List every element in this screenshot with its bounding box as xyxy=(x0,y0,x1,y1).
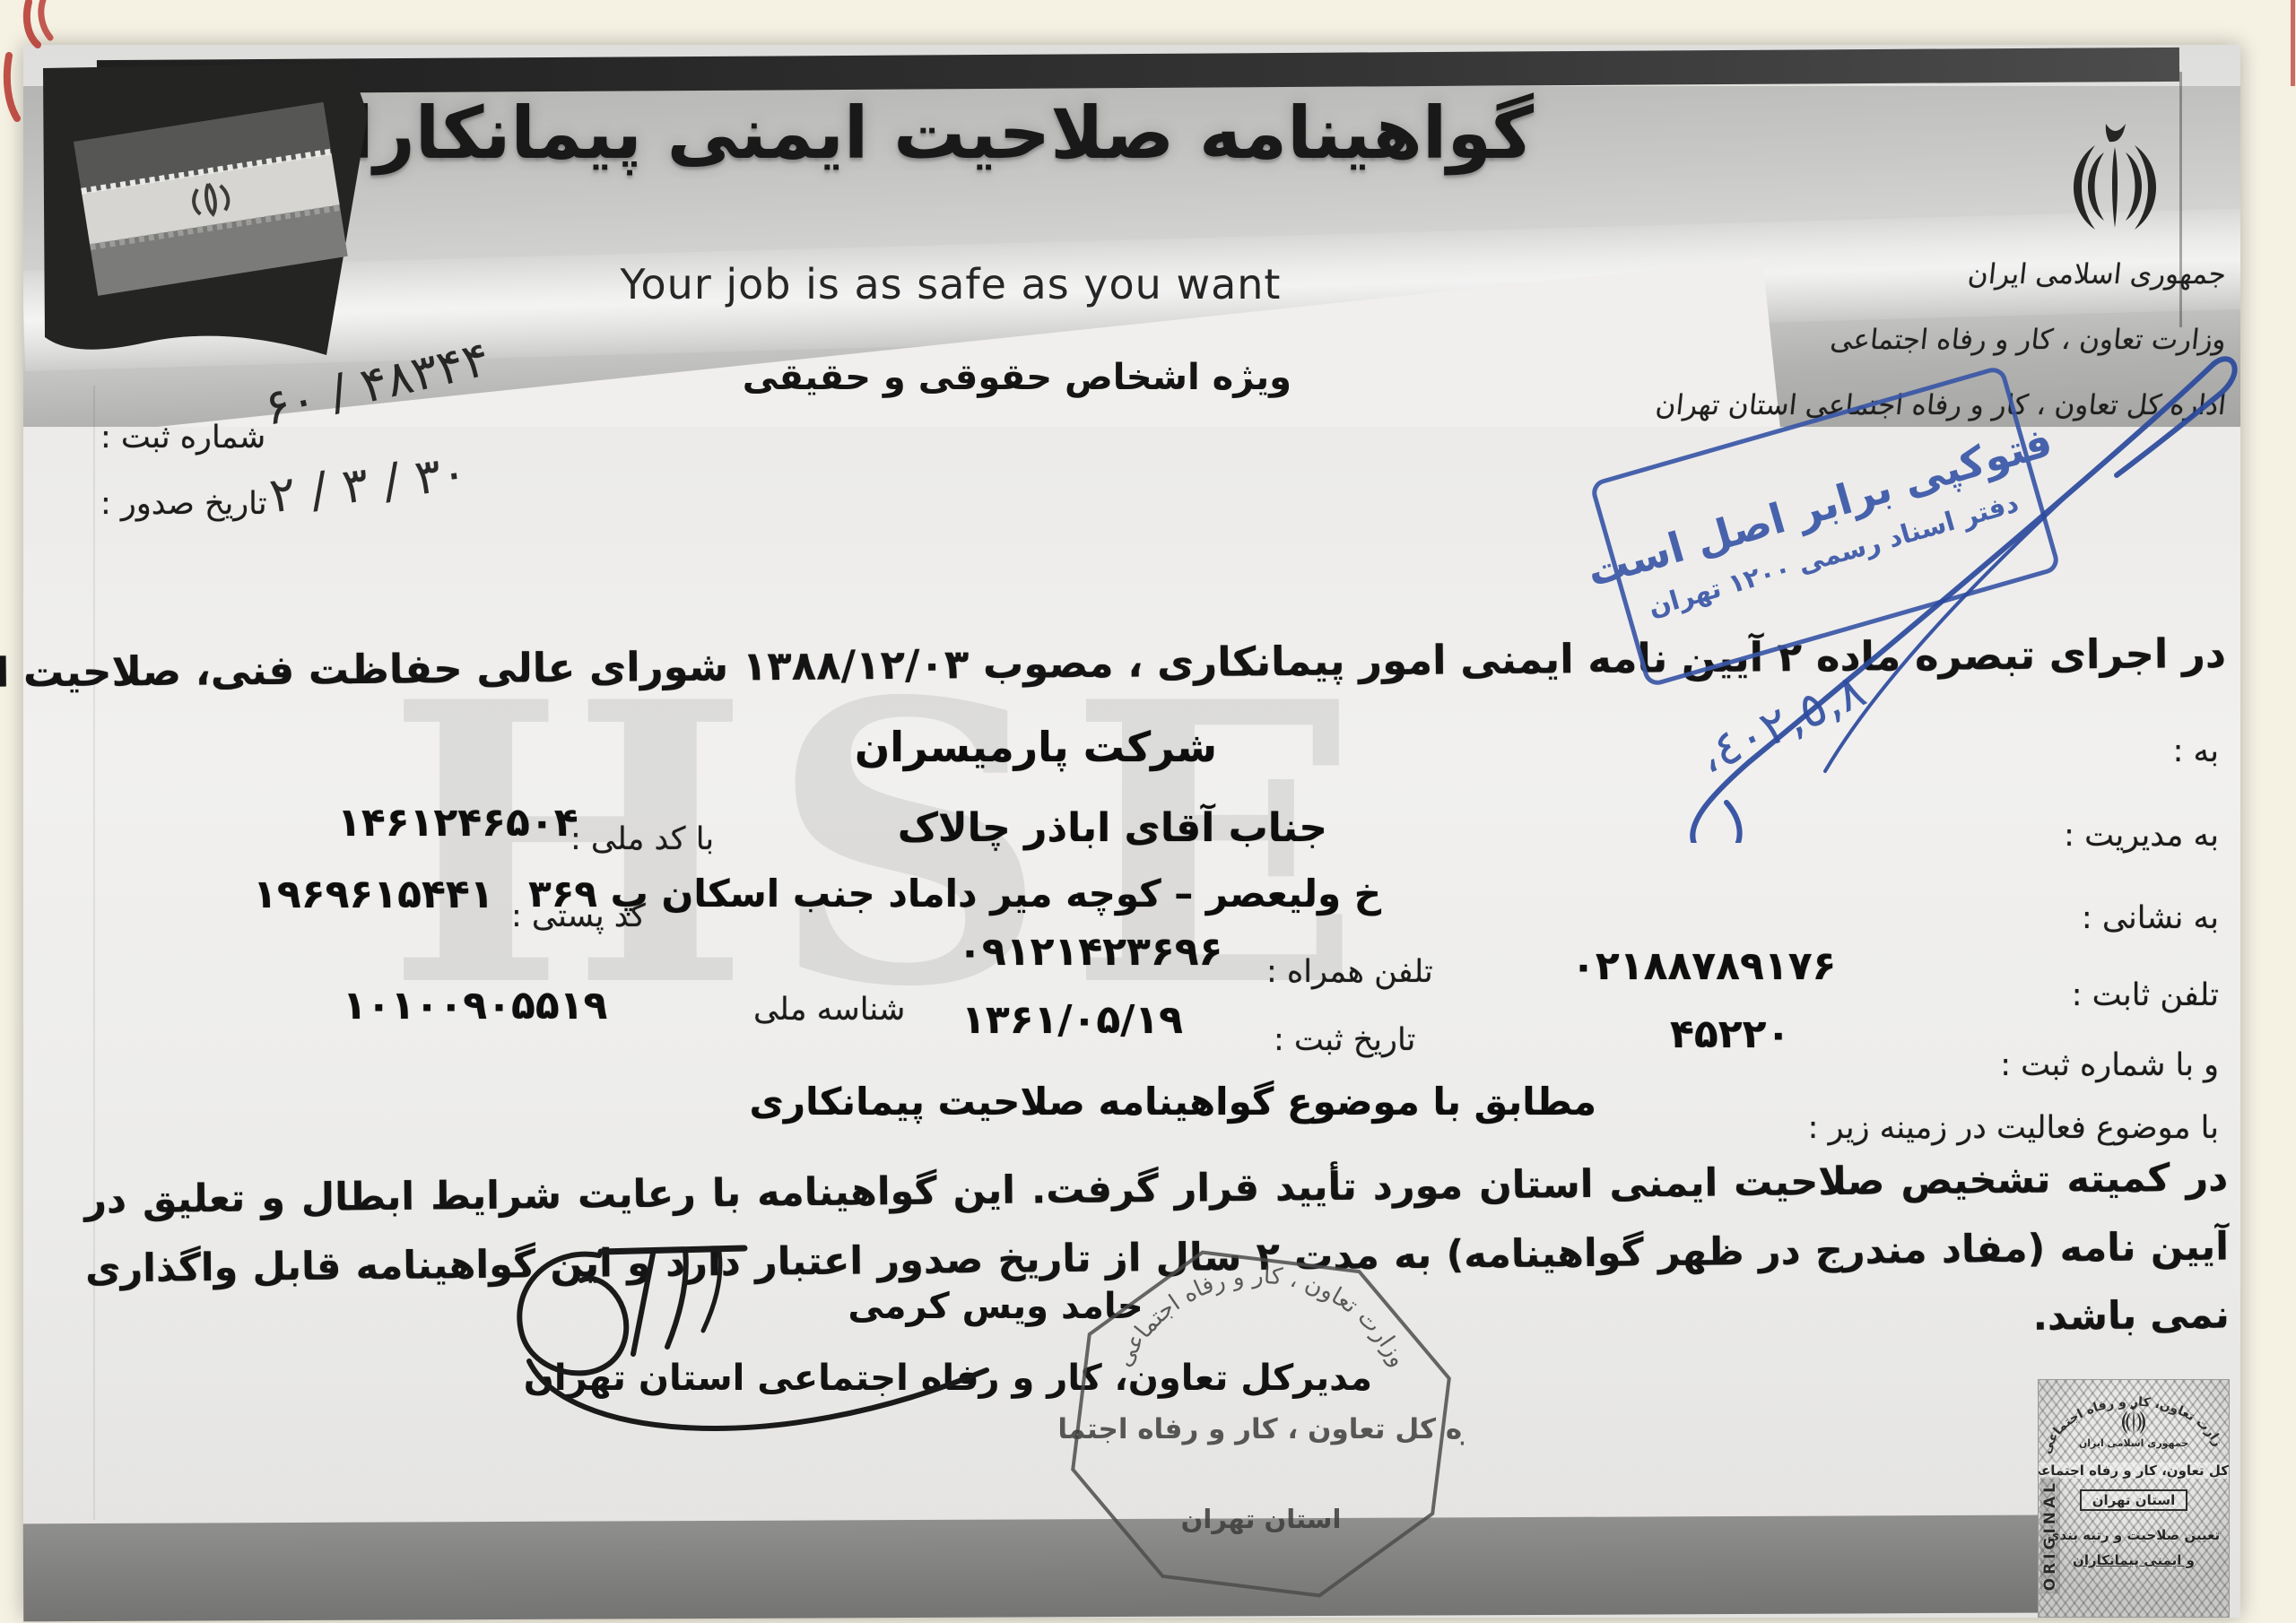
scanned-certificate: { "header": { "title": "گواهینامه صلاحیت… xyxy=(0,0,2296,1623)
security-stamp-original-text: ORIGINAL xyxy=(2040,1477,2060,1593)
company-reg-no-label: و با شماره ثبت : xyxy=(2000,1047,2219,1083)
postal-code-label: کد پستی : xyxy=(511,898,646,934)
activity-subject-value: مطابق با موضوع گواهینامه صلاحیت پیمانکار… xyxy=(987,1080,1596,1124)
manager-name: جناب آقای اباذر چالاک xyxy=(924,805,1327,851)
landline-value: ۰۲۱۸۸۷۸۹۱۷۶ xyxy=(1571,943,1836,989)
company-national-id-label: شناسه ملی xyxy=(753,992,905,1028)
mobile-value: ۰۹۱۲۱۴۲۳۶۹۶ xyxy=(958,929,1222,975)
company-reg-no-value: ۴۵۲۲۰ xyxy=(1670,1011,1790,1057)
security-stamp-box-wrap: استان تهران xyxy=(2039,1489,2229,1511)
security-stamp-emblem-icon xyxy=(2118,1402,2150,1441)
security-stamp: وزارت تعاون، کار و رفاه اجتماعی جمهوری ا… xyxy=(2038,1379,2230,1618)
security-stamp-country: جمهوری اسلامی ایران xyxy=(2039,1437,2229,1449)
national-id-label: با کد ملی : xyxy=(570,821,714,857)
security-stamp-box: استان تهران xyxy=(2080,1489,2187,1511)
company-name: شرکت پارمیسران xyxy=(843,723,1229,771)
postal-code-value: ۱۹۶۹۶۱۵۴۴۱ xyxy=(253,872,494,917)
company-national-id-value: ۱۰۱۰۰۹۰۵۵۱۹ xyxy=(343,983,607,1028)
certificate-audience: ویژه اشخاص حقوقی و حقیقی xyxy=(753,357,1291,398)
mobile-label: تلفن همراه : xyxy=(1266,954,1433,990)
issue-date-label: تاریخ صدور : xyxy=(100,486,267,522)
octagon-stamp-middle-text: اداره کل تعاون ، کار و رفاه اجتماعی xyxy=(1058,1413,1464,1445)
security-stamp-line2: تعیین صلاحیت و رتبه بندی xyxy=(2039,1527,2229,1543)
security-stamp-line1: کل تعاون، کار و رفاه اجتماعی xyxy=(2039,1462,2229,1479)
red-edge-mark xyxy=(2291,0,2295,86)
reg-date-value: ۱۳۶۱/۰۵/۱۹ xyxy=(961,997,1183,1043)
national-id-value: ۱۴۶۱۲۴۶۵۰۴ xyxy=(337,800,578,846)
reg-no-label: شماره ثبت : xyxy=(100,420,265,456)
octagon-stamp-bottom-text: استان تهران xyxy=(1181,1504,1342,1534)
director-signature xyxy=(466,1245,1040,1487)
iran-emblem-icon xyxy=(2059,113,2170,253)
red-pen-marks xyxy=(0,0,117,152)
activity-subject-label: با موضوع فعالیت در زمینه زیر : xyxy=(1808,1110,2219,1146)
octagon-office-stamp: وزارت تعاون ، کار و رفاه اجتماعی اداره ک… xyxy=(1058,1243,1464,1612)
reg-date-label: تاریخ ثبت : xyxy=(1274,1022,1415,1058)
address-value: خ ولیعصر – کوچه میر داماد جنب اسکان پ ۳۶… xyxy=(700,872,1381,916)
certificate-subtitle-en: Your job is as safe as you want xyxy=(565,260,1336,308)
address-label: به نشانی : xyxy=(2082,900,2219,936)
letterhead-country: جمهوری اسلامی ایران xyxy=(1654,258,2228,291)
security-stamp-line3: و ایمنی پیمانکاران xyxy=(2039,1552,2229,1568)
landline-label: تلفن ثابت : xyxy=(2072,977,2219,1013)
blue-signature xyxy=(1525,341,2296,843)
certificate-title: گواهینامه صلاحیت ایمنی پیمانکاران xyxy=(368,91,1534,175)
